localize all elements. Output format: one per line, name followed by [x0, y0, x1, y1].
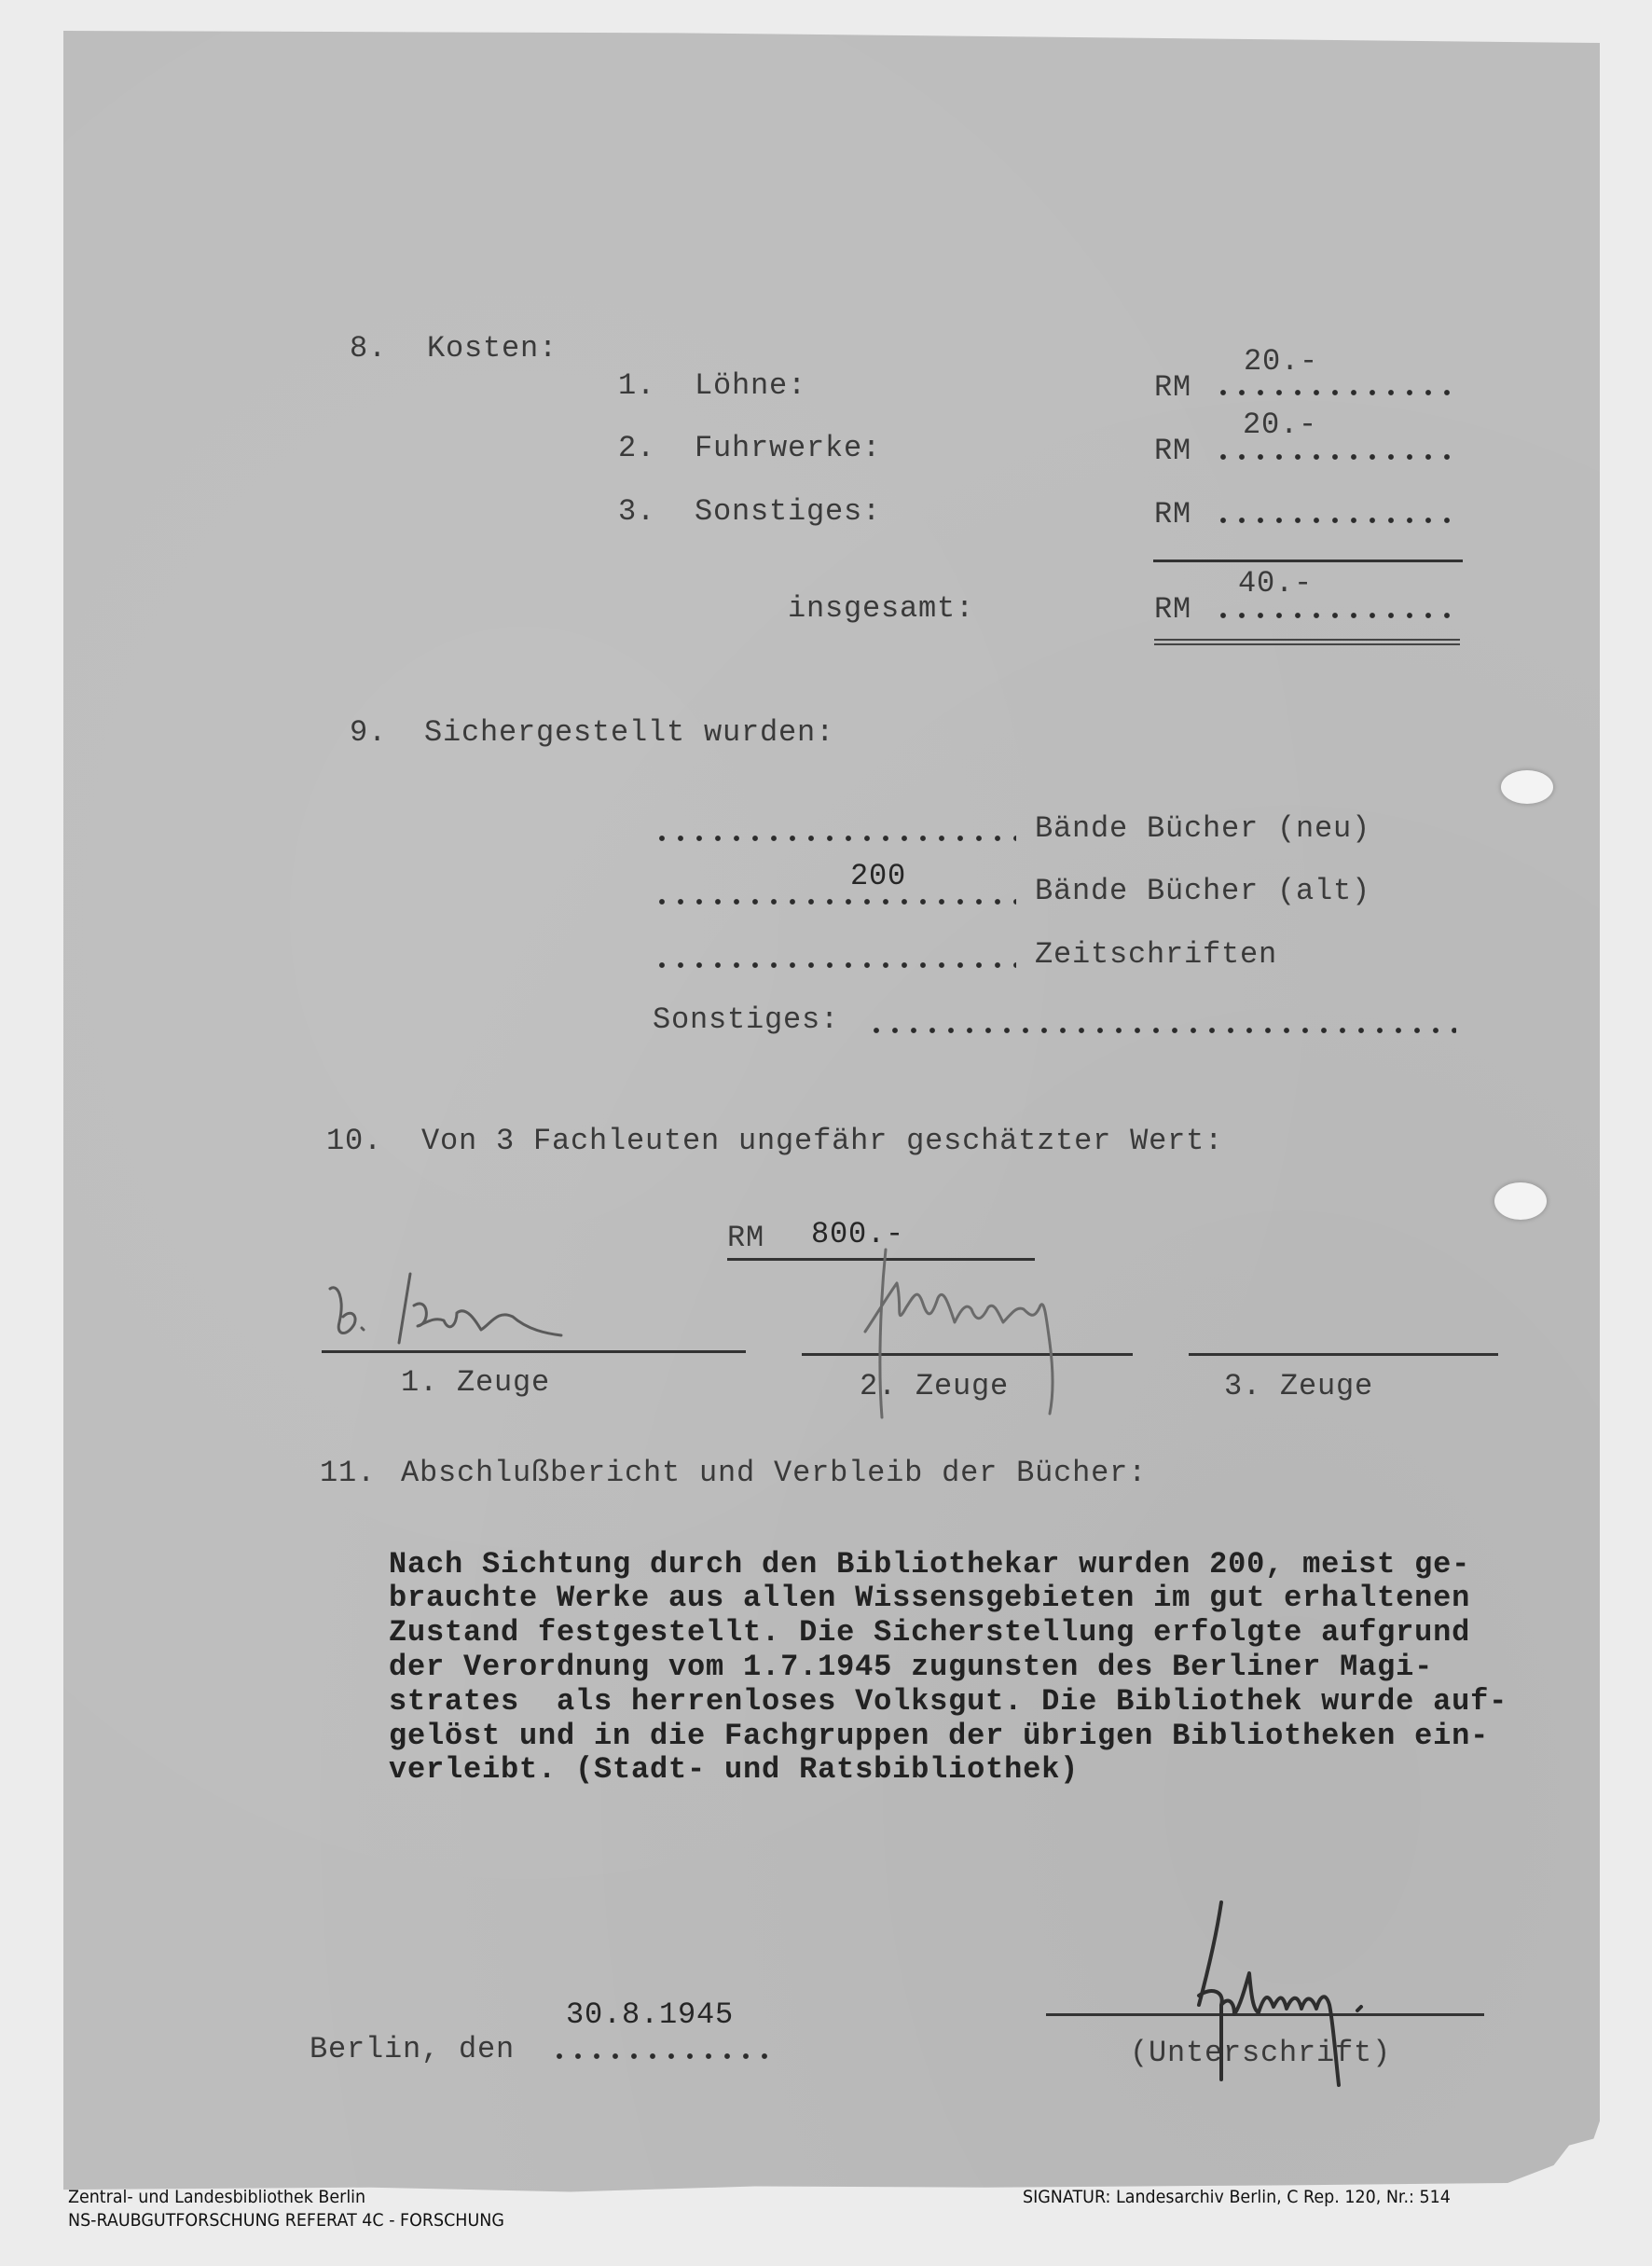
- section11-number: 11.: [320, 1458, 376, 1488]
- total-double-underline: [1154, 639, 1460, 646]
- sum-rule: [1153, 560, 1463, 562]
- cost-item-number: 3.: [618, 497, 655, 527]
- report-line: verleibt. (Stadt- und Ratsbibliothek): [389, 1755, 1079, 1785]
- report-line: strates als herrenloses Volksgut. Die Bi…: [389, 1687, 1507, 1717]
- secured-item-label: Bände Bücher (neu): [1035, 814, 1370, 844]
- cost-item-currency: RM: [1154, 500, 1191, 530]
- section10-number: 10.: [326, 1126, 382, 1156]
- closing-place-label: Berlin, den: [310, 2035, 515, 2065]
- closing-date: 30.8.1945: [566, 2000, 734, 2030]
- punch-hole-upper: [1501, 770, 1553, 804]
- witness-3-label: 3. Zeuge: [1224, 1372, 1373, 1402]
- section8-number: 8.: [350, 334, 387, 364]
- total-dot-leader: [1214, 613, 1458, 618]
- total-label: insgesamt:: [788, 594, 974, 624]
- secured-item-label: Zeitschriften: [1035, 940, 1277, 970]
- estimate-currency: RM: [727, 1223, 764, 1253]
- witness-3-line: [1189, 1353, 1498, 1356]
- footer-institution: Zentral- und Landesbibliothek Berlin: [68, 2187, 365, 2207]
- total-value: 40.-: [1238, 569, 1313, 599]
- report-line: Nach Sichtung durch den Bibliothekar wur…: [389, 1550, 1470, 1580]
- cost-item-currency: RM: [1154, 436, 1191, 466]
- cost-item-currency: RM: [1154, 373, 1191, 403]
- cost-item-label: Löhne:: [695, 371, 806, 401]
- punch-hole-lower: [1494, 1182, 1547, 1220]
- cost-item-label: Fuhrwerke:: [695, 434, 881, 463]
- witness-2-signature: [820, 1250, 1137, 1417]
- cost-item-number: 2.: [618, 434, 655, 463]
- report-line: der Verordnung vom 1.7.1945 zugunsten de…: [389, 1652, 1433, 1682]
- section8-title: Kosten:: [427, 334, 558, 364]
- cost-item-dot-leader: [1214, 390, 1458, 395]
- cost-item-label: Sonstiges:: [695, 497, 881, 527]
- report-line: brauchte Werke aus allen Wissensgebieten…: [389, 1583, 1470, 1613]
- cost-item-dot-leader: [1214, 454, 1458, 460]
- cost-item-number: 1.: [618, 371, 655, 401]
- footer-signature-ref: SIGNATUR: Landesarchiv Berlin, C Rep. 12…: [1023, 2187, 1451, 2207]
- secured-item-dot-leader: [653, 899, 1016, 905]
- witness-1-signature: [317, 1268, 690, 1352]
- section11-title: Abschlußbericht und Verbleib der Bücher:: [401, 1458, 1147, 1488]
- section9-number: 9.: [350, 718, 387, 748]
- secured-item-value: 200: [850, 862, 906, 891]
- secured-item-dot-leader: [653, 836, 1016, 841]
- total-currency: RM: [1154, 595, 1191, 625]
- witness-1-label: 1. Zeuge: [401, 1368, 550, 1398]
- cost-item-value: 20.-: [1243, 410, 1317, 440]
- secured-other-label: Sonstiges:: [653, 1005, 839, 1035]
- closing-date-dot-leader: [550, 2053, 774, 2059]
- section9-title: Sichergestellt wurden:: [424, 718, 834, 748]
- estimate-value: 800.-: [811, 1220, 904, 1250]
- cost-item-value: 20.-: [1244, 347, 1318, 377]
- secured-other-dot-leader: [867, 1028, 1456, 1033]
- cost-item-dot-leader: [1214, 518, 1458, 523]
- report-line: Zustand festgestellt. Die Sicherstellung…: [389, 1618, 1470, 1648]
- secured-item-dot-leader: [653, 962, 1016, 968]
- section10-title: Von 3 Fachleuten ungefähr geschätzter We…: [421, 1126, 1223, 1156]
- official-signature: [1193, 1902, 1398, 2089]
- footer-department: NS-RAUBGUTFORSCHUNG REFERAT 4C - FORSCHU…: [68, 2210, 504, 2231]
- secured-item-label: Bände Bücher (alt): [1035, 877, 1370, 906]
- report-line: gelöst und in die Fachgruppen der übrige…: [389, 1721, 1489, 1751]
